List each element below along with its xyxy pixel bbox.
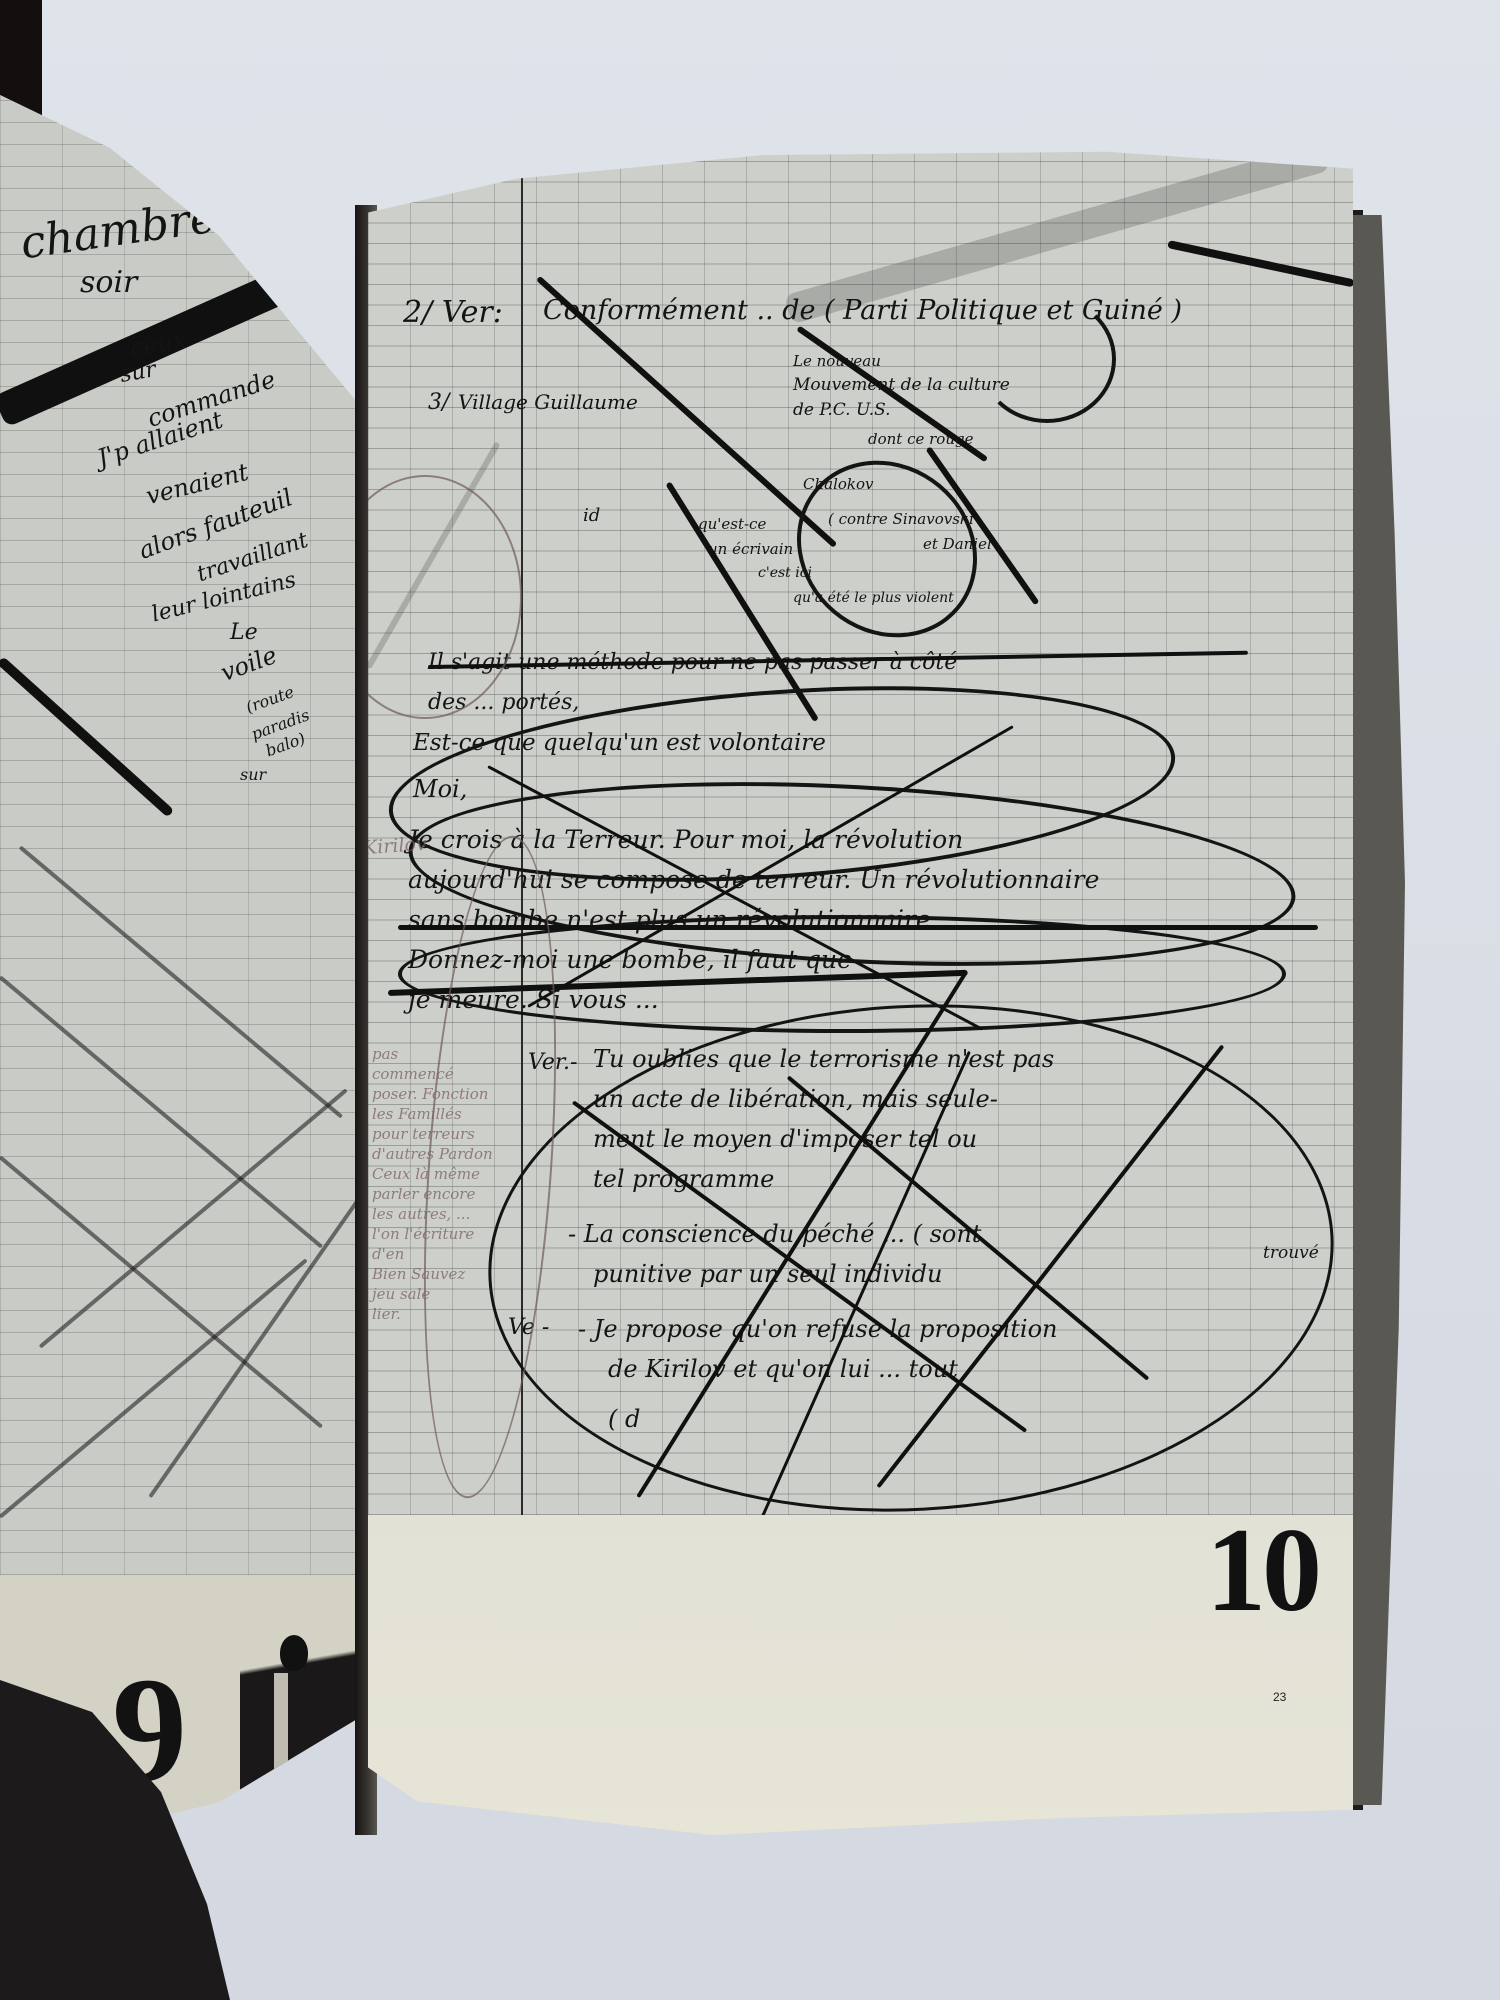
manuscript-line: Le nouveau	[793, 352, 881, 370]
scribble-loop	[978, 295, 1116, 423]
margin-pencil-note: Kirilov	[368, 833, 427, 859]
handwriting-word: soir	[80, 265, 137, 300]
handwriting-word: sur	[240, 765, 266, 784]
margin-pencil-line: Ceux là même	[372, 1165, 493, 1185]
handwriting-word: Le	[230, 620, 258, 645]
figure-head	[280, 1635, 308, 1671]
right-page: 2/ Ver: Conformément .. de ( Parti Polit…	[368, 145, 1353, 1835]
chapter-number-right: 10	[1206, 1510, 1318, 1630]
manuscript-line: qu'est-ce	[698, 515, 766, 533]
manuscript-line: de P.C. U.S.	[793, 400, 891, 420]
margin-pencil-line: pour terreurs	[372, 1125, 493, 1145]
margin-pencil-line: parler encore	[372, 1185, 493, 1205]
margin-pencil-line: jeu sale	[372, 1285, 493, 1305]
margin-pencil-line: poser. Fonction	[372, 1085, 493, 1105]
line-label: id	[583, 505, 600, 526]
margin-pencil-line: Bien Sauvez	[372, 1265, 493, 1285]
manuscript-line: dont ce rouge	[868, 430, 973, 448]
manuscript-line: un écrivain	[708, 540, 793, 558]
manuscript-line: Mouvement de la culture	[793, 375, 1010, 395]
margin-pencil-line: commencé	[372, 1065, 493, 1085]
line-label: 2/ Ver:	[403, 295, 503, 330]
manuscript-line: Village Guillaume	[458, 390, 638, 414]
margin-pencil-line: les autres, ...	[372, 1205, 493, 1225]
margin-pencil-line: lier.	[372, 1305, 493, 1325]
margin-pencil-line: d'en	[372, 1245, 493, 1265]
margin-pencil-line: d'autres Pardon	[372, 1145, 493, 1165]
margin-pencil-column: pas commencé poser. Fonction les Famillé…	[372, 1045, 493, 1325]
folio-page-number: 23	[1273, 1690, 1286, 1704]
margin-pencil-line: les Famillés	[372, 1105, 493, 1125]
line-label: 3/	[428, 390, 449, 415]
margin-pencil-line: l'on l'écriture	[372, 1225, 493, 1245]
left-page: chambre soir ceux sur commande J'p allai…	[0, 95, 365, 1855]
margin-pencil-line: pas	[372, 1045, 493, 1065]
